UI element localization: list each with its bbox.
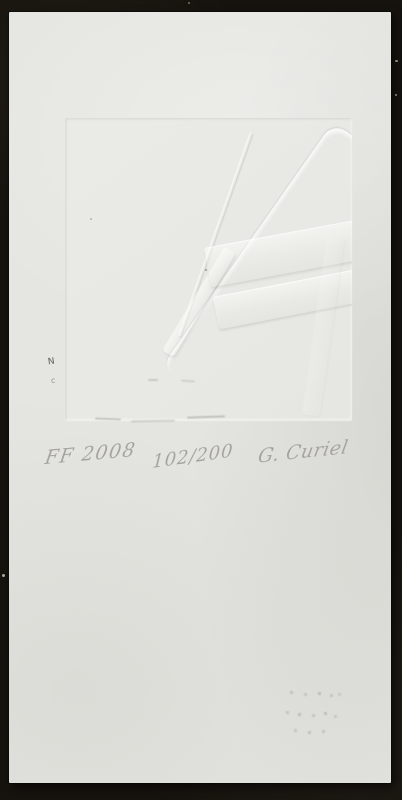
paper-speck xyxy=(90,218,92,220)
graphite-trace xyxy=(131,420,175,423)
graphite-trace xyxy=(148,379,158,381)
print-paper-sheet: N c FF 2008 102/200 G. Curiel xyxy=(9,12,391,783)
dust-speck xyxy=(2,574,5,577)
pencil-edition-number: 102/200 xyxy=(152,440,234,473)
dust-speck xyxy=(188,2,190,4)
dust-speck xyxy=(395,94,397,96)
margin-mark-lower: c xyxy=(51,377,55,385)
photograph-black-backdrop: N c FF 2008 102/200 G. Curiel xyxy=(0,0,402,800)
pencil-date-inscription: FF 2008 xyxy=(43,439,137,469)
ink-speck xyxy=(205,269,207,271)
margin-mark-upper: N xyxy=(47,358,55,368)
faint-stamp-smudge xyxy=(281,690,282,691)
graphite-trace xyxy=(95,418,121,421)
embossed-plate-mark xyxy=(65,118,352,420)
artist-signature: G. Curiel xyxy=(256,436,350,468)
dust-speck xyxy=(395,60,398,62)
